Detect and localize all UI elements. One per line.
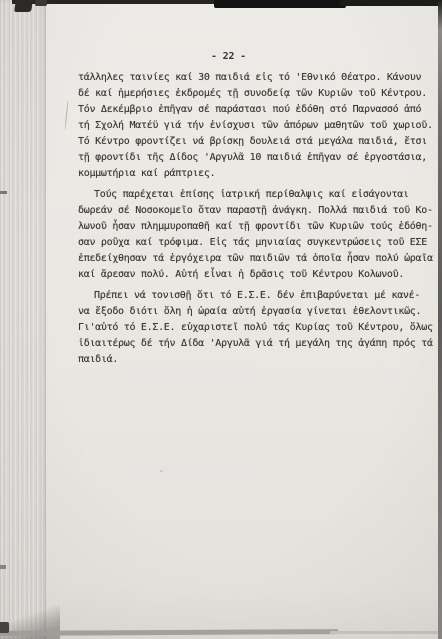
scan-top-shadow-right <box>340 0 442 6</box>
book-page-edges <box>0 0 46 639</box>
document-text: τάλληλες ταινίες καί 30 παιδιά εἰς τό 'Ε… <box>78 70 436 373</box>
paragraph-2: Τούς παρέχεται ἐπίσης ἰατρική περίθαλψις… <box>78 187 436 283</box>
scan-right-shadow <box>438 0 442 639</box>
paragraph-1: τάλληλες ταινίες καί 30 παιδιά εἰς τό 'Ε… <box>78 70 436 182</box>
scan-scratch <box>64 100 68 130</box>
scan-bottom-shadow-band <box>0 629 338 636</box>
scan-speck <box>160 470 163 472</box>
scan-ink-blob <box>0 622 9 633</box>
scan-bottom-shadow-faint <box>330 631 438 634</box>
scan-ink-blob <box>35 0 47 6</box>
page-number: - 22 - <box>211 51 246 62</box>
scan-top-shadow-thick <box>214 0 346 8</box>
scan-speck <box>0 565 6 569</box>
scanned-document-page: - 22 - τάλληλες ταινίες καί 30 παιδιά εἰ… <box>0 0 442 639</box>
paragraph-3: Πρέπει νά τονισθῇ ὅτι τό Ε.Σ.Ε. δέν ἐπιβ… <box>78 288 436 368</box>
scan-ink-blob <box>14 0 33 12</box>
scan-speck <box>0 191 7 194</box>
